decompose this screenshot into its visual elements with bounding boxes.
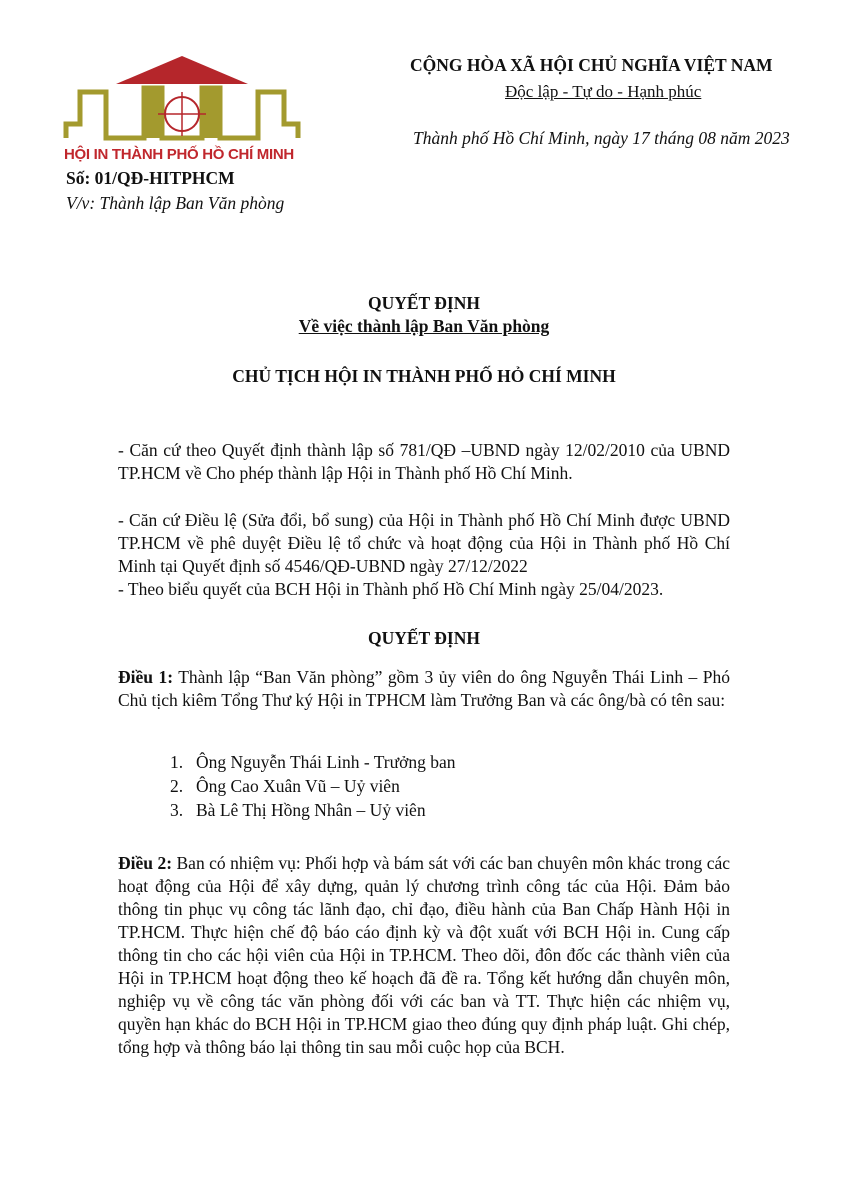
list-item: 3.Bà Lê Thị Hồng Nhân – Uỷ viên — [170, 798, 456, 822]
member-list: 1.Ông Nguyễn Thái Linh - Trưởng ban 2.Ôn… — [170, 750, 456, 822]
article-2-text: Ban có nhiệm vụ: Phối hợp và bám sát với… — [118, 853, 730, 1057]
list-item: 2.Ông Cao Xuân Vũ – Uỷ viên — [170, 774, 456, 798]
article-2: Điều 2: Ban có nhiệm vụ: Phối hợp và bám… — [118, 852, 730, 1059]
decision-heading: QUYẾT ĐỊNH — [0, 628, 848, 649]
logo-target-icon — [158, 92, 206, 136]
article-1-text: Thành lập “Ban Văn phòng” gồm 3 ủy viên … — [118, 667, 730, 710]
document-number: Số: 01/QĐ-HITPHCM — [66, 168, 235, 189]
place-date: Thành phố Hồ Chí Minh, ngày 17 tháng 08 … — [413, 128, 790, 149]
document-title: QUYẾT ĐỊNH — [0, 293, 848, 314]
document-subtitle: Về việc thành lập Ban Văn phòng — [0, 316, 848, 337]
legal-basis-1: - Căn cứ theo Quyết định thành lập số 78… — [118, 439, 730, 485]
article-2-label: Điều 2: — [118, 853, 172, 873]
document-subject: V/v: Thành lập Ban Văn phòng — [66, 193, 284, 214]
national-title: CỘNG HÒA XÃ HỘI CHỦ NGHĨA VIỆT NAM — [410, 55, 773, 76]
legal-basis-3: - Theo biểu quyết của BCH Hội in Thành p… — [118, 578, 730, 601]
issuer-title: CHỦ TỊCH HỘI IN THÀNH PHỐ HỎ CHÍ MINH — [0, 366, 848, 387]
national-motto: Độc lập - Tự do - Hạnh phúc — [505, 82, 701, 102]
legal-basis-2: - Căn cứ Điều lệ (Sửa đổi, bổ sung) của … — [118, 509, 730, 578]
article-1: Điều 1: Thành lập “Ban Văn phòng” gồm 3 … — [118, 666, 730, 712]
logo-org-name: HỘI IN THÀNH PHỐ HỒ CHÍ MINH — [64, 146, 294, 163]
list-item: 1.Ông Nguyễn Thái Linh - Trưởng ban — [170, 750, 456, 774]
logo-roof-icon — [116, 56, 248, 84]
article-1-label: Điều 1: — [118, 667, 173, 687]
